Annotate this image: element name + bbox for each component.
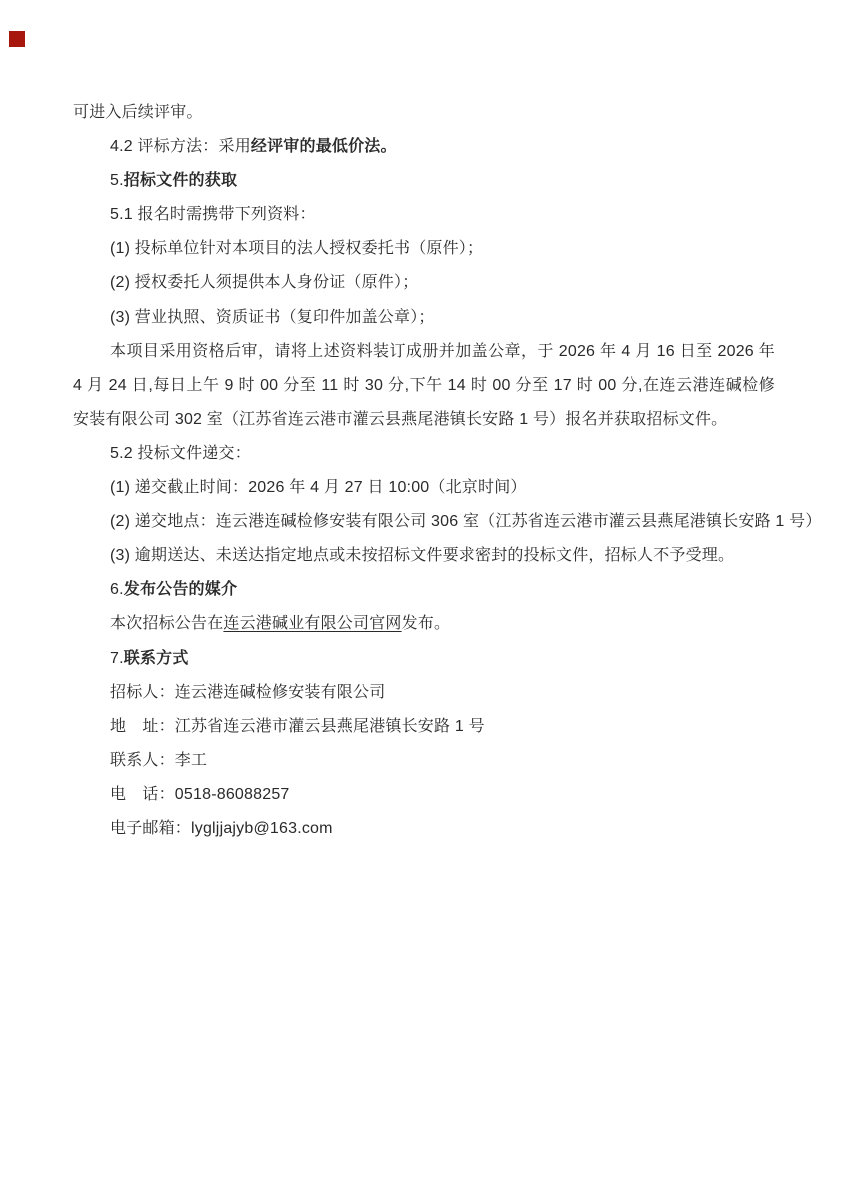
- paragraph-text: (1) 投标单位针对本项目的法人授权委托书（原件）；: [110, 240, 483, 257]
- document-body: 可进入后续评审。4.2 评标方法：采用经评审的最低价法。5.招标文件的获取5.1…: [73, 96, 775, 846]
- paragraph-text: 地 址：江苏省连云港市灌云县燕尾港镇长安路 1 号: [110, 718, 485, 735]
- paragraph: 5.2 投标文件递交：: [73, 437, 775, 471]
- bold-text: 联系方式: [124, 650, 189, 667]
- paragraph-text: (2) 递交地点：连云港连碱检修安装有限公司 306 室（江苏省连云港市灌云县燕…: [110, 513, 822, 530]
- paragraph-text: 5.: [110, 172, 124, 189]
- paragraph-text: 电子邮箱：lygljjajyb@163.com: [110, 820, 333, 837]
- paragraph: 5.1 报名时需携带下列资料：: [73, 198, 775, 232]
- bold-text: 招标文件的获取: [124, 172, 237, 189]
- paragraph: 地 址：江苏省连云港市灌云县燕尾港镇长安路 1 号: [73, 710, 775, 744]
- paragraph-text: 6.: [110, 581, 124, 598]
- paragraph-text: (1) 递交截止时间：2026 年 4 月 27 日 10:00（北京时间）: [110, 479, 527, 496]
- paragraph-text: 5.1 报名时需携带下列资料：: [110, 206, 316, 223]
- red-square-marker: [9, 31, 25, 47]
- paragraph: 6.发布公告的媒介: [73, 573, 775, 607]
- paragraph: (2) 递交地点：连云港连碱检修安装有限公司 306 室（江苏省连云港市灌云县燕…: [73, 505, 775, 539]
- paragraph: 5.招标文件的获取: [73, 164, 775, 198]
- paragraph-text: 5.2 投标文件递交：: [110, 445, 251, 462]
- paragraph: 可进入后续评审。: [73, 96, 775, 130]
- paragraph: 招标人：连云港连碱检修安装有限公司: [73, 676, 775, 710]
- bold-text: 经评审的最低价法。: [251, 138, 397, 155]
- paragraph-text: 可进入后续评审。: [73, 104, 203, 121]
- paragraph-text: 发布。: [402, 615, 451, 632]
- bold-text: 发布公告的媒介: [124, 581, 237, 598]
- paragraph: 电子邮箱：lygljjajyb@163.com: [73, 812, 775, 846]
- paragraph: 4.2 评标方法：采用经评审的最低价法。: [73, 130, 775, 164]
- paragraph: (3) 逾期送达、未送达指定地点或未按招标文件要求密封的投标文件，招标人不予受理…: [73, 539, 775, 573]
- paragraph: 7.联系方式: [73, 642, 775, 676]
- paragraph-text: 招标人：连云港连碱检修安装有限公司: [110, 684, 385, 701]
- paragraph-text: 联系人：李工: [110, 752, 207, 769]
- paragraph: (1) 递交截止时间：2026 年 4 月 27 日 10:00（北京时间）: [73, 471, 775, 505]
- underlined-text: 连云港碱业有限公司官网: [223, 615, 401, 632]
- paragraph-text: 7.: [110, 650, 124, 667]
- paragraph-text: 本项目采用资格后审，请将上述资料装订成册并加盖公章，于 2026 年 4 月 1…: [73, 343, 775, 428]
- paragraph: 联系人：李工: [73, 744, 775, 778]
- paragraph-text: 4.2 评标方法：采用: [110, 138, 251, 155]
- paragraph: 电 话：0518-86088257: [73, 778, 775, 812]
- paragraph: (3) 营业执照、资质证书（复印件加盖公章）；: [73, 301, 775, 335]
- paragraph-text: 本次招标公告在: [110, 615, 223, 632]
- paragraph: (1) 投标单位针对本项目的法人授权委托书（原件）；: [73, 232, 775, 266]
- paragraph: 本次招标公告在连云港碱业有限公司官网发布。: [73, 607, 775, 641]
- document-page: 可进入后续评审。4.2 评标方法：采用经评审的最低价法。5.招标文件的获取5.1…: [0, 0, 848, 1200]
- paragraph-text: 电 话：0518-86088257: [110, 786, 290, 803]
- paragraph-text: (3) 营业执照、资质证书（复印件加盖公章）；: [110, 309, 435, 326]
- paragraph-text: (3) 逾期送达、未送达指定地点或未按招标文件要求密封的投标文件，招标人不予受理…: [110, 547, 734, 564]
- paragraph: 本项目采用资格后审，请将上述资料装订成册并加盖公章，于 2026 年 4 月 1…: [73, 335, 775, 437]
- paragraph-text: (2) 授权委托人须提供本人身份证（原件）；: [110, 274, 418, 291]
- paragraph: (2) 授权委托人须提供本人身份证（原件）；: [73, 266, 775, 300]
